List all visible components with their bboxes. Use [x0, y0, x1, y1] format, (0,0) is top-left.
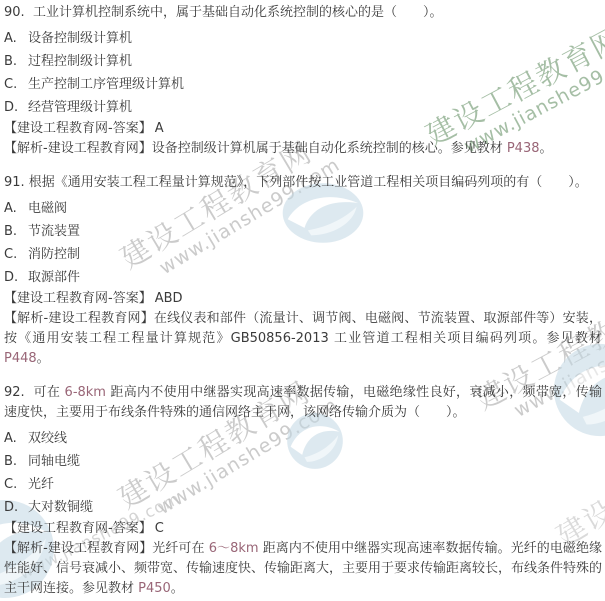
option-row: B.同轴电缆 [4, 450, 602, 473]
option-row: D.经营管理级计算机 [4, 96, 602, 119]
option-text: 取源部件 [28, 270, 80, 285]
option-label: A. [4, 27, 28, 50]
answer-label: 【建设工程教育网-答案】 [4, 291, 152, 306]
option-row: A.电磁阀 [4, 197, 602, 220]
option-label: C. [4, 473, 28, 496]
option-label: B. [4, 50, 28, 73]
answer-value: ABD [155, 291, 183, 306]
answer-label: 【建设工程教育网-答案】 [4, 121, 152, 136]
answer-label: 【建设工程教育网-答案】 [4, 521, 152, 536]
question-text: 91. 根据《通用安装工程工程量计算规范》，下列部件按工业管道工程相关项目编码列… [4, 173, 602, 193]
option-row: D.取源部件 [4, 266, 602, 289]
question-text: 92. 可在 6-8km 距高内不使用中继器实现高速率数据传输，电磁绝缘性良好，… [4, 383, 602, 423]
question-block-91: 91. 根据《通用安装工程工程量计算规范》，下列部件按工业管道工程相关项目编码列… [4, 173, 602, 369]
document-content: 90. 工业计算机控制系统中，属于基础自动化系统控制的核心的是（ ）。 A.设备… [0, 0, 605, 599]
option-text: 双绞线 [28, 431, 67, 446]
option-text: 电磁阀 [28, 201, 67, 216]
option-text: 节流装置 [28, 224, 80, 239]
exam-document-page: 建设工程教育网 www.jianshe99.com 建设工程教育网 www.ji… [0, 0, 605, 601]
option-row: B.节流装置 [4, 220, 602, 243]
option-row: C.光纤 [4, 473, 602, 496]
analysis-paragraph: 【解析-建设工程教育网】在线仪表和部件（流量计、调节阀、电磁阀、节流装置、取源部… [4, 309, 602, 369]
analysis-paragraph: 【解析-建设工程教育网】光纤可在 6～8km 距离内不使用中继器实现高速率数据传… [4, 539, 602, 599]
option-text: 同轴电缆 [28, 454, 80, 469]
option-label: C. [4, 243, 28, 266]
answer-line: 【建设工程教育网-答案】ABD [4, 289, 602, 309]
option-text: 过程控制级计算机 [28, 54, 132, 69]
answer-line: 【建设工程教育网-答案】A [4, 119, 602, 139]
option-label: C. [4, 73, 28, 96]
option-text: 生产控制工序管理级计算机 [28, 77, 184, 92]
question-block-92: 92. 可在 6-8km 距高内不使用中继器实现高速率数据传输，电磁绝缘性良好，… [4, 383, 602, 599]
option-text: 大对数铜缆 [28, 500, 93, 515]
option-label: D. [4, 496, 28, 519]
option-row: D.大对数铜缆 [4, 496, 602, 519]
question-block-90: 90. 工业计算机控制系统中，属于基础自动化系统控制的核心的是（ ）。 A.设备… [4, 3, 602, 159]
option-label: D. [4, 266, 28, 289]
option-row: C.消防控制 [4, 243, 602, 266]
question-text: 90. 工业计算机控制系统中，属于基础自动化系统控制的核心的是（ ）。 [4, 3, 602, 23]
answer-line: 【建设工程教育网-答案】C [4, 519, 602, 539]
option-row: A.双绞线 [4, 427, 602, 450]
option-text: 经营管理级计算机 [28, 100, 132, 115]
option-label: B. [4, 220, 28, 243]
analysis-paragraph: 【解析-建设工程教育网】设备控制级计算机属于基础自动化系统控制的核心。参见教材 … [4, 139, 602, 159]
answer-value: A [155, 121, 164, 136]
option-row: B.过程控制级计算机 [4, 50, 602, 73]
option-text: 消防控制 [28, 247, 80, 262]
option-label: A. [4, 427, 28, 450]
answer-value: C [155, 521, 164, 536]
option-text: 光纤 [28, 477, 54, 492]
option-label: B. [4, 450, 28, 473]
option-row: A.设备控制级计算机 [4, 27, 602, 50]
option-text: 设备控制级计算机 [28, 31, 132, 46]
option-label: D. [4, 96, 28, 119]
option-label: A. [4, 197, 28, 220]
option-row: C.生产控制工序管理级计算机 [4, 73, 602, 96]
